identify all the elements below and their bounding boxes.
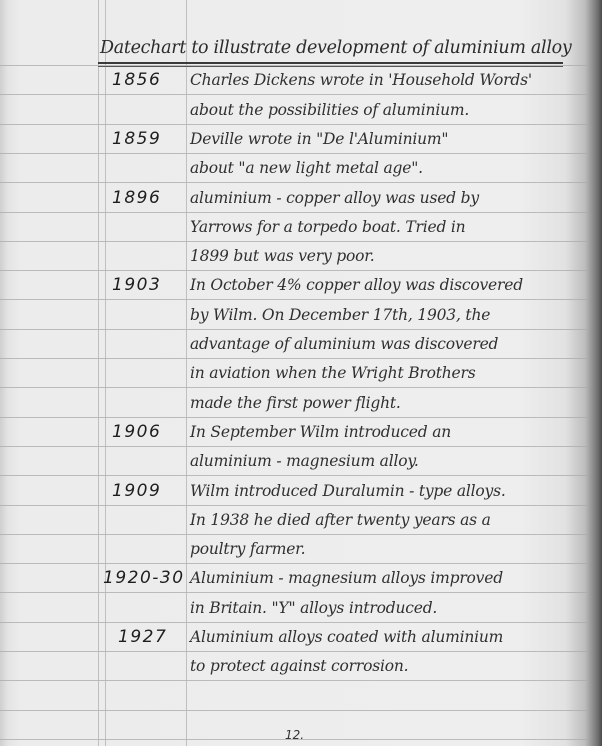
entry-text-line: Aluminium - magnesium alloys improved xyxy=(190,569,580,587)
entry-text-line: Yarrows for a torpedo boat. Tried in xyxy=(190,218,580,236)
ruled-line xyxy=(0,534,588,535)
ruled-line xyxy=(0,124,588,125)
entry-text-line: aluminium - magnesium alloy. xyxy=(190,452,580,470)
ruled-line xyxy=(0,446,588,447)
date-column-divider xyxy=(186,0,187,746)
entry-date: 1920-30 xyxy=(103,568,185,588)
ruled-line xyxy=(0,505,588,506)
entry-date: 1896 xyxy=(112,188,161,208)
ruled-line xyxy=(0,592,588,593)
entry-text-line: advantage of aluminium was discovered xyxy=(190,335,580,353)
ruled-line xyxy=(0,153,588,154)
entry-text-line: Wilm introduced Duralumin - type alloys. xyxy=(190,482,580,500)
ruled-line xyxy=(0,182,588,183)
entry-text-line: in aviation when the Wright Brothers xyxy=(190,364,580,382)
entry-text-line: by Wilm. On December 17th, 1903, the xyxy=(190,306,580,324)
entry-text-line: Charles Dickens wrote in 'Household Word… xyxy=(190,71,580,89)
entry-text-line: Aluminium alloys coated with aluminium xyxy=(190,628,580,646)
entry-date: 1927 xyxy=(118,627,167,647)
entry-text-line: In 1938 he died after twenty years as a xyxy=(190,511,580,529)
title-underline xyxy=(98,62,563,67)
page-number: 12. xyxy=(285,728,304,742)
ruled-line xyxy=(0,241,588,242)
ruled-line xyxy=(0,329,588,330)
notebook-page: Datechart to illustrate development of a… xyxy=(0,0,602,746)
ruled-line xyxy=(0,387,588,388)
entry-date: 1903 xyxy=(112,275,161,295)
ruled-line xyxy=(0,563,588,564)
entry-text-line: about "a new light metal age". xyxy=(190,159,580,177)
entry-text-line: In September Wilm introduced an xyxy=(190,423,580,441)
entry-date: 1859 xyxy=(112,129,161,149)
entry-text-line: in Britain. "Y" alloys introduced. xyxy=(190,599,580,617)
entry-text-line: Deville wrote in "De l'Aluminium" xyxy=(190,130,580,148)
entry-date: 1856 xyxy=(112,70,161,90)
entry-text-line: poultry farmer. xyxy=(190,540,580,558)
entry-date: 1906 xyxy=(112,422,161,442)
ruled-line xyxy=(0,270,588,271)
left-margin-line-inner xyxy=(105,0,106,746)
ruled-line xyxy=(0,299,588,300)
ruled-line xyxy=(0,680,588,681)
entry-text-line: to protect against corrosion. xyxy=(190,657,580,675)
entry-date: 1909 xyxy=(112,481,161,501)
ruled-line xyxy=(0,475,588,476)
left-margin-line xyxy=(98,0,99,746)
ruled-line xyxy=(0,358,588,359)
ruled-line xyxy=(0,651,588,652)
entry-text-line: In October 4% copper alloy was discovere… xyxy=(190,276,580,294)
entry-text-line: about the possibilities of aluminium. xyxy=(190,101,580,119)
ruled-line xyxy=(0,417,588,418)
ruled-line xyxy=(0,94,588,95)
ruled-line xyxy=(0,622,588,623)
page-title: Datechart to illustrate development of a… xyxy=(100,38,570,58)
ruled-line xyxy=(0,212,588,213)
entry-text-line: 1899 but was very poor. xyxy=(190,247,580,265)
entry-text-line: aluminium - copper alloy was used by xyxy=(190,189,580,207)
ruled-line xyxy=(0,710,588,711)
entry-text-line: made the first power flight. xyxy=(190,394,580,412)
